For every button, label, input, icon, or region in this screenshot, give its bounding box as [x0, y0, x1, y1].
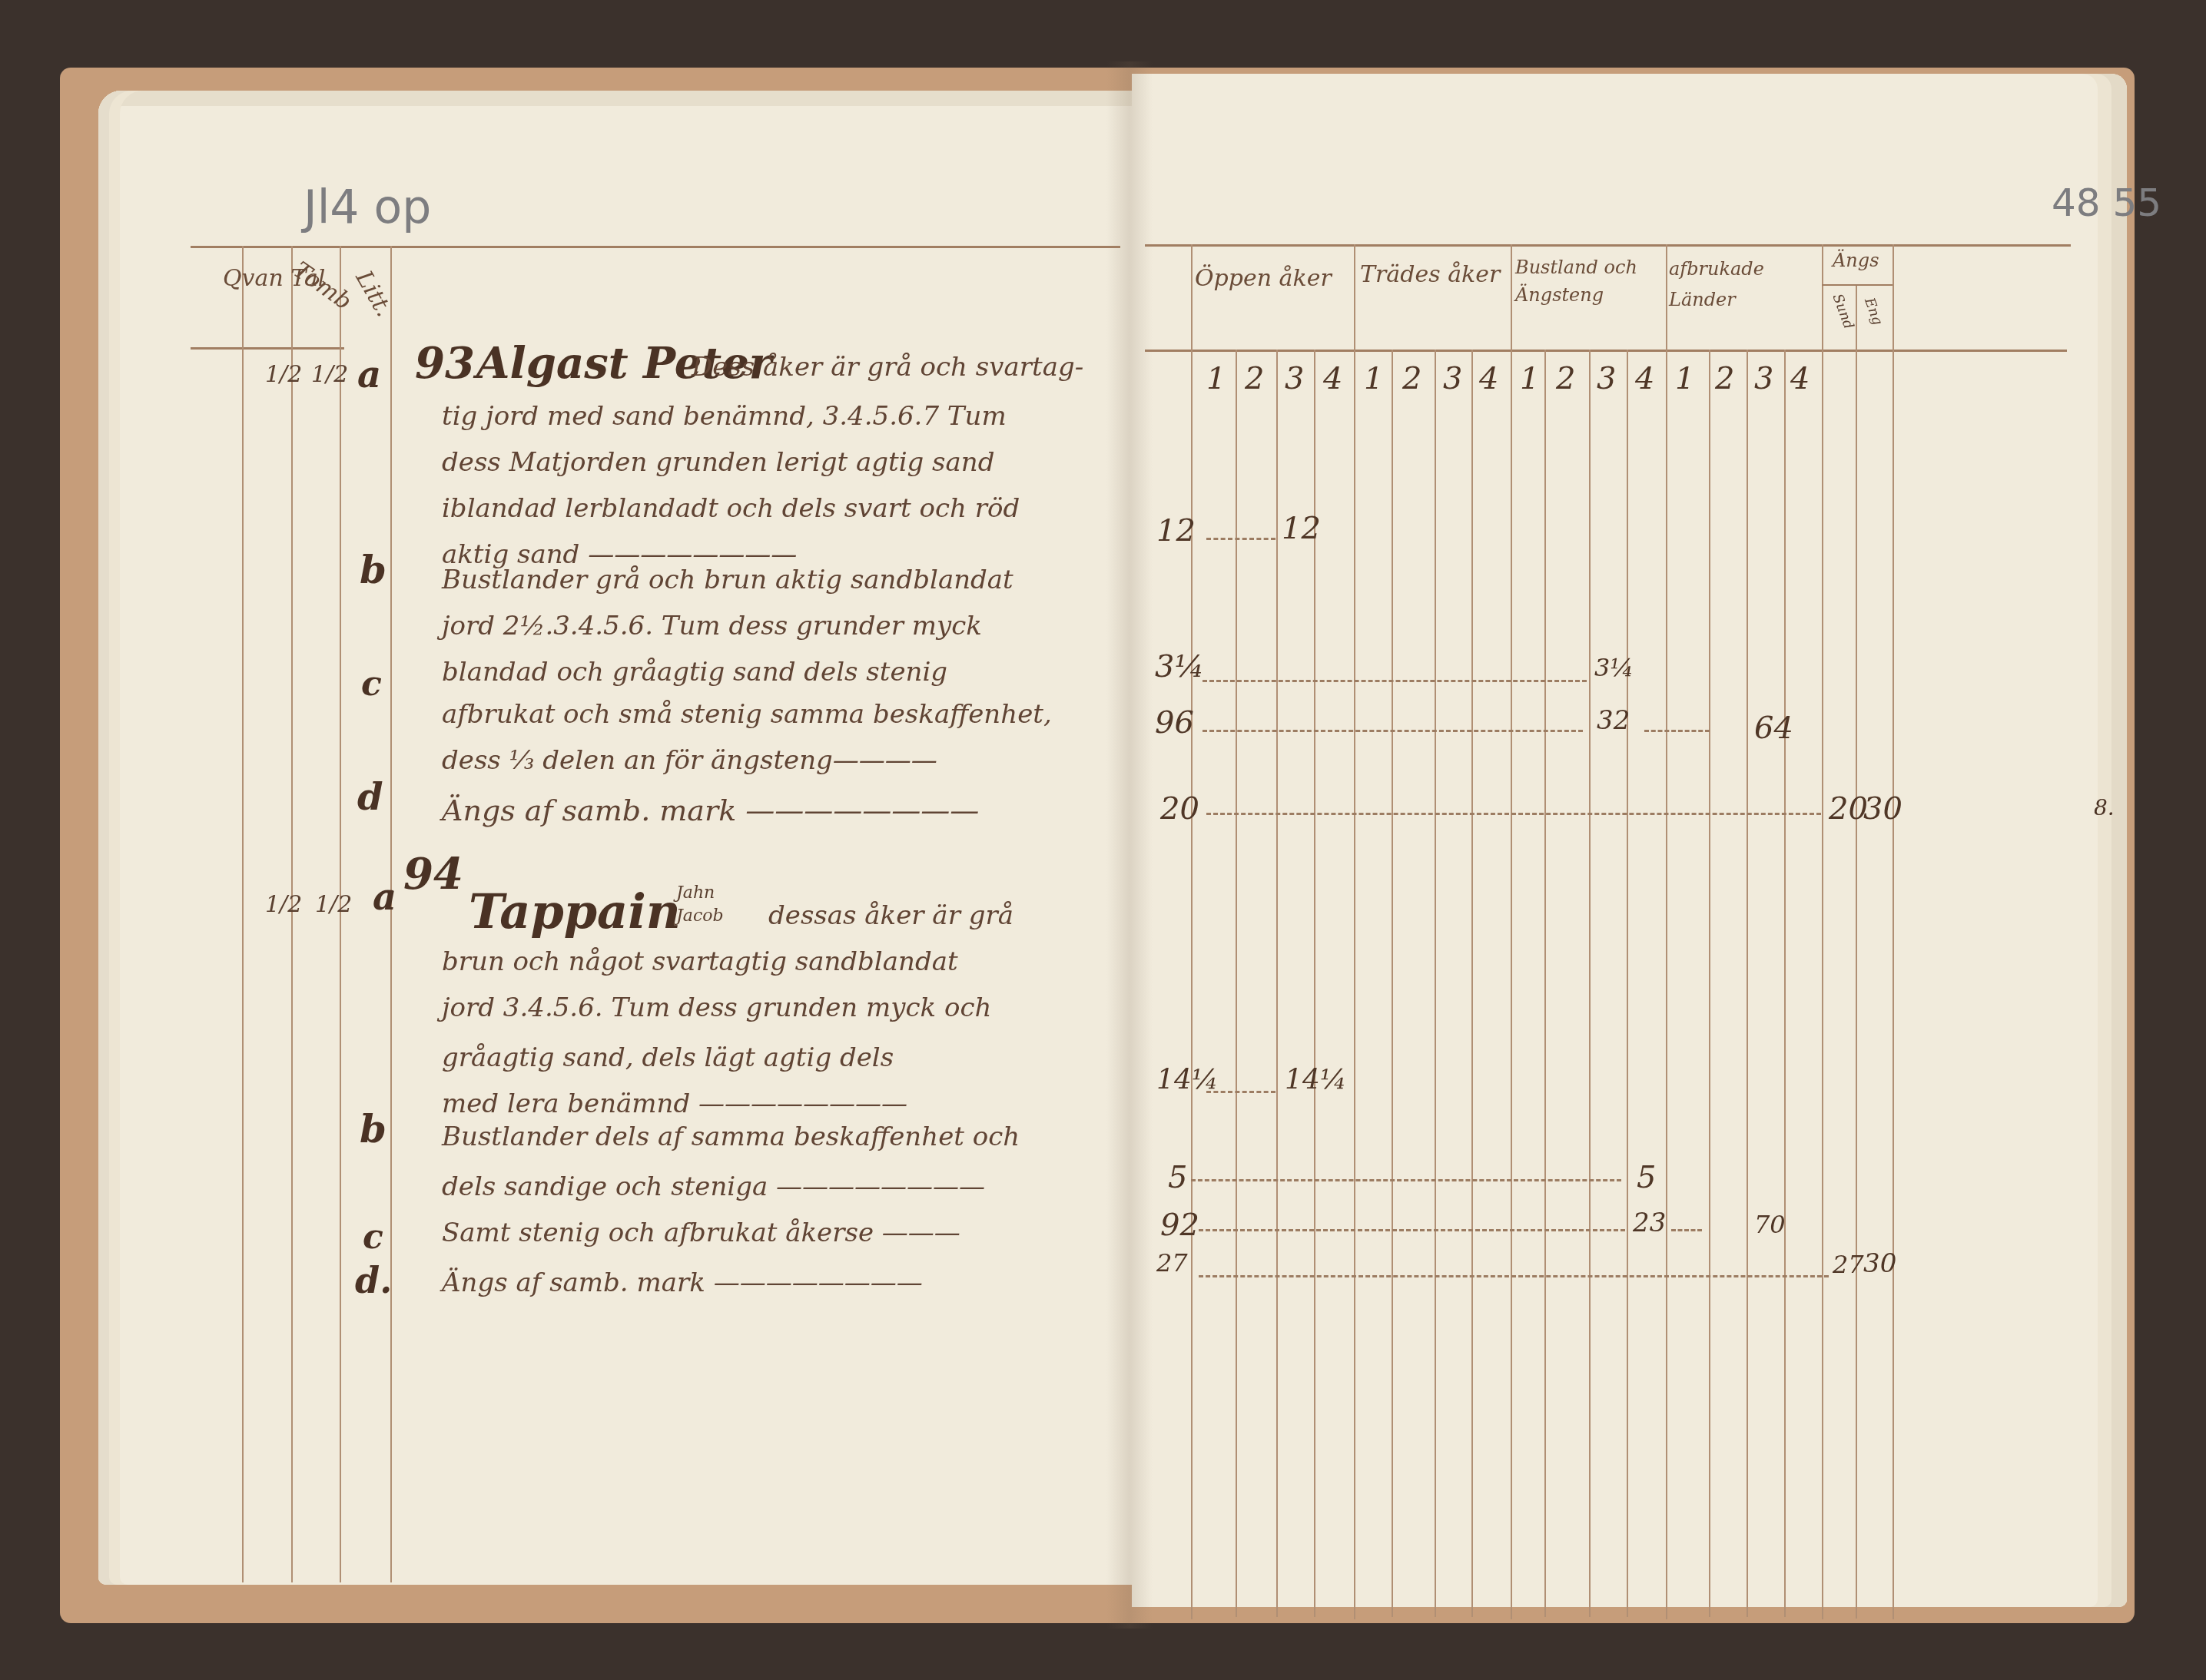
subcol-num: 2 — [1402, 361, 1421, 396]
subcol-num: 2 — [1556, 361, 1575, 396]
column-rule — [1354, 244, 1355, 1619]
column-rule — [1435, 350, 1436, 1617]
dash-leader — [1203, 680, 1587, 682]
entry-line: gråagtig sand, dels lägt agtig dels — [442, 1035, 894, 1081]
entry-line: tig jord med sand benämnd, 3.4.5.6.7 Tum — [442, 393, 1007, 439]
entry-line: Ängs af samb. mark ———————— — [442, 787, 979, 833]
entry-line: Samt stenig och afbrukat åkerse ——— — [442, 1210, 960, 1256]
column-rule — [1666, 244, 1667, 1619]
header-meadow: Ängs — [1833, 250, 1879, 271]
dash-leader — [1199, 1275, 1829, 1277]
edge-note: 8. — [2094, 795, 2115, 820]
entry-line: dels sandige och steniga ———————— — [442, 1164, 985, 1210]
row-total: 92 — [1160, 1208, 1199, 1243]
cell-value: 70 — [1754, 1210, 1786, 1239]
subcol-num: 1 — [1520, 361, 1539, 396]
header-abandoned: afbrukade Länder — [1669, 253, 1815, 315]
entry-line: blandad och gråagtig sand dels stenig — [442, 649, 947, 695]
header-bottom-rule — [191, 347, 344, 350]
entry-line: dess Matjorden grunden lerigt agtig sand — [442, 439, 994, 485]
column-rule — [1709, 350, 1710, 1617]
given-name: Jacob — [676, 906, 724, 926]
book-gutter — [1106, 61, 1153, 1629]
entry-name: Tappain — [469, 883, 681, 939]
dash-leader — [1199, 1229, 1625, 1231]
header-bustland: Bustland och Ängsteng — [1515, 253, 1661, 309]
pencil-note: Jl4 op — [304, 181, 431, 234]
header-open-field: Öppen åker — [1195, 265, 1332, 292]
given-name: Jahn — [676, 883, 715, 903]
fraction: 1/2 — [265, 361, 302, 388]
subcol-num: 4 — [1635, 361, 1654, 396]
entry-line: Bustlander grå och brun aktig sandblanda… — [442, 557, 1013, 603]
row-total: 5 — [1168, 1160, 1187, 1195]
entry-line: jord 3.4.5.6. Tum dess grunden myck och — [442, 985, 991, 1031]
subcol-num: 3 — [1597, 361, 1616, 396]
column-rule — [1627, 350, 1628, 1617]
item-letter: d — [357, 776, 383, 819]
entry-line: jord 2½.3.4.5.6. Tum dess grunder myck — [442, 603, 982, 649]
item-letter: a — [373, 876, 396, 919]
dash-leader — [1203, 730, 1583, 732]
fraction: 1/2 — [315, 891, 352, 918]
item-letter: a — [357, 353, 381, 396]
cell-value: 5 — [1637, 1160, 1656, 1195]
subcol-num: 2 — [1715, 361, 1734, 396]
subcol-num: 3 — [1754, 361, 1773, 396]
dash-leader — [1206, 1091, 1275, 1093]
cell-value: 64 — [1754, 711, 1793, 746]
entry-number: 93 — [415, 338, 475, 389]
dash-leader — [1206, 538, 1275, 540]
entry-line: dessas åker är grå — [768, 893, 1013, 939]
entry-line: afbrukat och små stenig samma beskaffenh… — [442, 691, 1052, 737]
header-top-rule — [1145, 244, 2071, 247]
subcol-num: 2 — [1245, 361, 1264, 396]
entry-line: Dess åker är grå och svartag- — [692, 344, 1083, 390]
cell-value: 12 — [1282, 511, 1321, 546]
item-letter: d. — [355, 1260, 392, 1301]
subcol-num: 3 — [1285, 361, 1304, 396]
cell-value: 30 — [1863, 1248, 1896, 1279]
column-rule — [1893, 244, 1894, 1619]
dash-leader — [1671, 1229, 1702, 1231]
header-top-rule — [191, 246, 1120, 248]
subcol-num: 4 — [1790, 361, 1810, 396]
subcol-num: 1 — [1364, 361, 1383, 396]
header-fallow-field: Trädes åker — [1360, 261, 1500, 288]
column-rule — [1747, 350, 1748, 1617]
item-letter: b — [360, 1106, 386, 1151]
cell-value: 27 — [1833, 1250, 1864, 1279]
entry-line: Ängs af samb. mark ———————— — [442, 1260, 923, 1306]
sub-header-rule — [1822, 284, 1893, 286]
row-total: 12 — [1156, 513, 1196, 548]
row-total: 96 — [1155, 705, 1194, 741]
row-total: 27 — [1156, 1248, 1188, 1277]
cell-value: 23 — [1633, 1208, 1666, 1238]
column-rule — [1822, 244, 1823, 1619]
cell-value: 20 — [1829, 791, 1868, 827]
column-rule — [1511, 244, 1512, 1619]
row-total: 3¼ — [1155, 649, 1204, 684]
subcol-num: 4 — [1323, 361, 1342, 396]
cell-value: 32 — [1597, 705, 1630, 736]
item-letter: c — [363, 1218, 383, 1257]
subcol-num: 1 — [1206, 361, 1226, 396]
dash-leader — [1191, 1179, 1621, 1181]
cell-value: 3¼ — [1594, 653, 1634, 682]
subcol-num: 1 — [1675, 361, 1694, 396]
cell-value: 14¼ — [1285, 1064, 1347, 1095]
entry-number: 94 — [403, 849, 463, 900]
header-bottom-rule — [1145, 350, 2067, 352]
left-page — [98, 91, 1132, 1585]
subcol-num: 3 — [1443, 361, 1462, 396]
column-rule — [1191, 244, 1193, 1619]
column-rule — [1784, 350, 1786, 1617]
item-letter: c — [361, 664, 382, 704]
entry-line: dess ⅓ delen an för ängsteng———— — [442, 737, 937, 784]
column-rule — [1544, 350, 1546, 1617]
column-rule — [242, 246, 244, 1582]
row-total: 20 — [1160, 791, 1199, 827]
pencil-folio: 48 55 — [2052, 181, 2161, 225]
subcol-num: 4 — [1479, 361, 1498, 396]
column-rule — [1392, 350, 1393, 1617]
column-rule — [1589, 350, 1591, 1617]
item-letter: b — [360, 547, 386, 592]
dash-leader — [1206, 813, 1821, 815]
entry-line: Bustlander dels af samma beskaffenhet oc… — [442, 1114, 1020, 1160]
entry-line: iblandad lerblandadt och dels svart och … — [442, 485, 1020, 532]
entry-line: brun och något svartagtig sandblandat — [442, 939, 958, 985]
column-rule — [1276, 350, 1278, 1617]
dash-leader — [1644, 730, 1710, 732]
fraction: 1/2 — [265, 891, 302, 918]
cell-value: 30 — [1863, 791, 1902, 827]
fraction: 1/2 — [311, 361, 348, 388]
column-rule — [1856, 286, 1857, 1619]
column-rule — [1471, 350, 1473, 1617]
